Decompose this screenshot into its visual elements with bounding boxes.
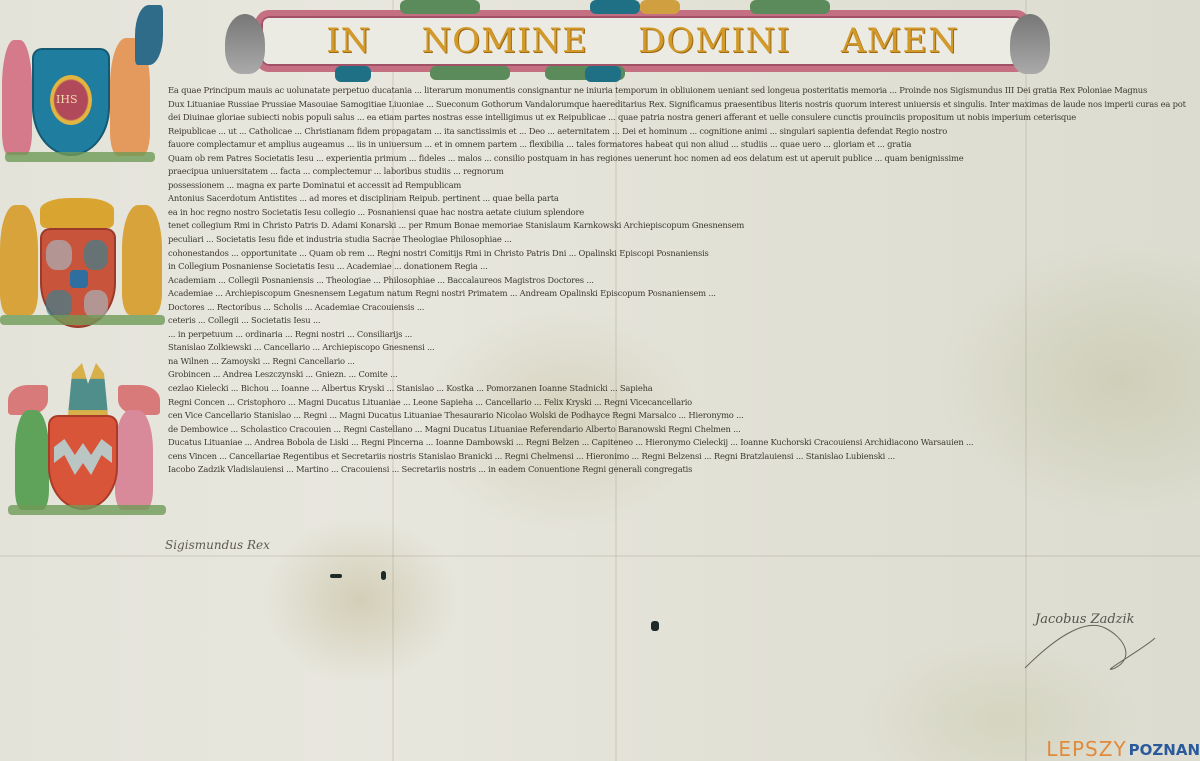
knight-icon xyxy=(84,240,108,270)
title-word: DOMINI xyxy=(638,21,791,61)
text-line: Iacobo Zadzik Vladislauiensi ... Martino… xyxy=(168,463,1186,477)
signature-text: Jacobus Zadzik xyxy=(1035,612,1135,627)
text-line: Ea quae Principum mauis ac uolunatate pe… xyxy=(168,84,1186,98)
eagle-head-icon xyxy=(1010,14,1050,74)
text-line: tenet collegium Rmi in Christo Patris D.… xyxy=(168,219,1186,233)
scroll-ornament-icon xyxy=(640,0,680,14)
ihs-monogram: IHS xyxy=(56,93,77,106)
title-word: AMEN xyxy=(841,21,959,61)
ink-stain xyxy=(651,621,659,631)
lion-supporter-icon xyxy=(0,205,38,315)
heraldry-bishop-panel xyxy=(0,355,168,520)
angel-figure-icon xyxy=(2,40,32,155)
watermark-part1: LEPSZY xyxy=(1046,737,1126,761)
site-watermark: LEPSZY POZNAN xyxy=(1046,737,1200,761)
text-line: Academiam ... Collegii Posnaniensis ... … xyxy=(168,274,1186,288)
mitre-icon xyxy=(68,363,108,415)
vasa-sheaf-icon xyxy=(70,270,88,288)
text-line: na Wilnen ... Zamoyski ... Regni Cancell… xyxy=(168,355,1186,369)
royal-signature: Sigismundus Rex xyxy=(165,538,270,552)
knight-icon xyxy=(46,290,72,318)
text-line: dei Diuinae gloriae subiecti nobis popul… xyxy=(168,111,1186,125)
title-banner: IN NOMINE DOMINI AMEN xyxy=(255,10,1030,72)
text-line xyxy=(168,477,1186,491)
text-line: Reipublicae ... ut ... Catholicae ... Ch… xyxy=(168,125,1186,139)
text-line: fauore complectamur et amplius augeamus … xyxy=(168,138,1186,152)
watermark-part2: POZNAN xyxy=(1129,741,1200,761)
scroll-ornament-icon xyxy=(585,66,621,82)
scroll-ornament-icon xyxy=(335,66,371,82)
text-line: Dux Lituaniae Russiae Prussiae Masouiae … xyxy=(168,98,1186,112)
eagle-head-icon xyxy=(225,14,265,74)
text-line: cen Vice Cancellario Stanislao ... Regni… xyxy=(168,409,1186,423)
angel-figure-icon xyxy=(115,410,153,510)
text-line: Doctores ... Rectoribus ... Scholis ... … xyxy=(168,301,1186,315)
text-line: Regni Concen ... Cristophoro ... Magni D… xyxy=(168,396,1186,410)
ink-stain xyxy=(330,574,342,578)
text-line: cens Vincen ... Cancellariae Regentibus … xyxy=(168,450,1186,464)
angel-figure-icon xyxy=(15,410,49,510)
secretary-signature: Jacobus Zadzik xyxy=(1015,598,1165,678)
text-line: Grobincen ... Andrea Leszczynski ... Gni… xyxy=(168,368,1186,382)
white-eagle-icon xyxy=(46,240,72,270)
scroll-ornament-icon xyxy=(590,0,640,14)
text-line: Quam ob rem Patres Societatis Iesu ... e… xyxy=(168,152,1186,166)
text-line: cohonestandos ... opportunitate ... Quam… xyxy=(168,247,1186,261)
grass-ground xyxy=(8,505,166,515)
text-line: Academiae ... Archiepiscopum Gnesnensem … xyxy=(168,287,1186,301)
ink-stain xyxy=(381,571,386,580)
text-line: cezlao Kielecki ... Bichou ... Ioanne ..… xyxy=(168,382,1186,396)
text-line: praecipua uniuersitatem ... facta ... co… xyxy=(168,165,1186,179)
wing-icon xyxy=(135,5,163,65)
text-line: peculiari ... Societatis Iesu fide et in… xyxy=(168,233,1186,247)
text-line: Stanislao Zolkiewski ... Cancellario ...… xyxy=(168,341,1186,355)
text-line: Antonius Sacerdotum Antistites ... ad mo… xyxy=(168,192,1186,206)
white-eagle-icon xyxy=(84,290,108,318)
grass-ground xyxy=(5,152,155,162)
lion-supporter-icon xyxy=(122,205,162,315)
fold-line xyxy=(0,555,1200,557)
signature-flourish-icon xyxy=(1015,598,1165,678)
title-word: NOMINE xyxy=(422,21,588,61)
text-line: ceteris ... Collegii ... Societatis Iesu… xyxy=(168,314,1186,328)
text-line: ... in perpetuum ... ordinaria ... Regni… xyxy=(168,328,1186,342)
grass-ground xyxy=(0,315,165,325)
heraldry-ihs-panel: IHS xyxy=(0,0,168,170)
crown-icon xyxy=(40,198,114,228)
leaf-ornament-icon xyxy=(750,0,830,14)
heraldry-royal-panel xyxy=(0,190,168,335)
title-word: IN xyxy=(326,21,371,61)
leaf-ornament-icon xyxy=(400,0,480,14)
charter-body-text: Ea quae Principum mauis ac uolunatate pe… xyxy=(168,84,1186,490)
leaf-ornament-icon xyxy=(430,66,510,80)
text-line: ea in hoc regno nostro Societatis Iesu c… xyxy=(168,206,1186,220)
text-line: possessionem ... magna ex parte Dominatu… xyxy=(168,179,1186,193)
text-line: Ducatus Lituaniae ... Andrea Bobola de L… xyxy=(168,436,1186,450)
text-line: de Dembowice ... Scholastico Cracouien .… xyxy=(168,423,1186,437)
text-line: in Collegium Posnaniense Societatis Iesu… xyxy=(168,260,1186,274)
